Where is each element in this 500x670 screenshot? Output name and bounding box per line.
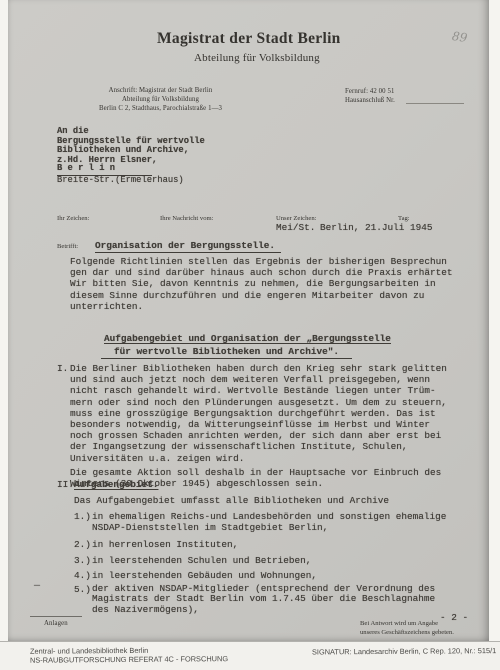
scan-paper: 89 Magistrat der Stadt Berlin Abteilung … [8,0,489,641]
subject-label: Betrifft: [57,243,78,250]
nachricht-label: Ihre Nachricht vom: [160,215,213,222]
recipient-block: An die Bergungsstelle für wertvolle Bibl… [57,127,205,165]
caption-signature-label: SIGNATUR: Landesarchiv Berlin, C Rep. 12… [312,647,496,657]
section-1-text: Die Berliner Bibliotheken haben durch de… [70,363,447,464]
ihr-zeichen-label: Ihr Zeichen: [57,215,89,222]
unser-zeichen-label: Unser Zeichen: [276,215,316,222]
scanned-document-page: 89 Magistrat der Stadt Berlin Abteilung … [0,0,500,670]
body-heading-line1: Aufgabengebiet und Organisation der „Ber… [104,333,391,344]
archive-caption-inner: Zentral- und Landesbibliothek Berlin NS-… [0,640,500,670]
list-item-number: 3.) [74,555,91,566]
anlagen-rule [30,616,82,617]
list-item-number: 5.) [74,584,91,595]
letterhead-title: Magistrat der Stadt Berlin [157,30,341,48]
list-item-text: in leerstehenden Gebäuden und Wohnungen, [92,570,317,581]
letterhead-subtitle: Abteilung für Volksbildung [194,52,320,64]
list-item-text: in ehemaligen Reichs-und Landesbehörden … [92,511,446,533]
list-item-text: der aktiven NSDAP-Mitglieder (entspreche… [92,584,435,615]
letterhead-phone: Fernruf: 42 00 51 [345,87,394,96]
section-2-number: II. [57,479,74,490]
archive-caption-bar: Zentral- und Landesbibliothek Berlin NS-… [0,641,500,670]
list-item-text: in herrenlosen Instituten, [92,539,238,550]
letterhead-house-line: Hausanschluß Nr. [345,96,395,105]
unser-zeichen-value: Mei/St. [276,222,315,233]
list-item-number: 2.) [74,539,91,550]
subject-value: Organisation der Bergungsstelle. [95,240,281,253]
section-1-number: I. [57,363,68,374]
body-heading-line2: für wertvolle Bibliotheken und Archive". [101,346,352,359]
reply-note: Bei Antwort wird um Angabe unseres Gesch… [360,620,454,638]
anlagen-label: Anlagen [44,619,68,628]
list-item-number: 4.) [74,570,91,581]
section-2-intro: Das Aufgabengebiet umfasst alle Biblioth… [74,495,389,506]
body-paragraph-1: Folgende Richtlinien stellen das Ergebni… [70,256,453,312]
margin-dash-mark: — [34,581,40,592]
list-item-text: in leerstehenden Schulen und Betrieben, [92,555,311,566]
list-item-number: 1.) [74,511,91,522]
letterhead-address: Anschrift: Magistrat der Stadt Berlin Ab… [78,86,243,113]
tag-label: Tag: [398,215,410,222]
date-value: Berlin, 21.Juli 1945 [320,222,433,233]
house-number-underline [406,103,464,104]
handwritten-page-mark: 89 [451,29,468,45]
section-2-title: Aufgabengebiet. [74,479,158,490]
recipient-city: B e r l i n [57,164,152,176]
caption-library-label: Zentral- und Landesbibliothek Berlin NS-… [30,646,228,665]
recipient-street: Breite-Str.(Ermelerhaus) [57,176,184,186]
